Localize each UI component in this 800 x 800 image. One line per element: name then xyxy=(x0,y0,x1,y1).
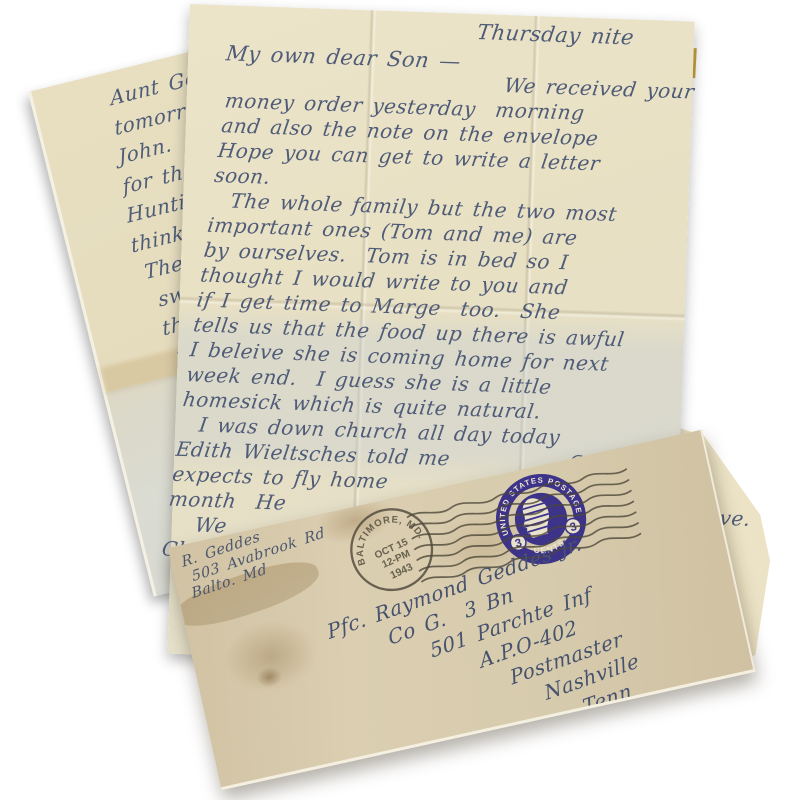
stain xyxy=(217,611,325,702)
photograph-of-letters: Aunt GeortomorrowJohn. Ifor themHuntingt… xyxy=(0,0,800,800)
letter-dateline: Thursday nite xyxy=(476,20,636,49)
